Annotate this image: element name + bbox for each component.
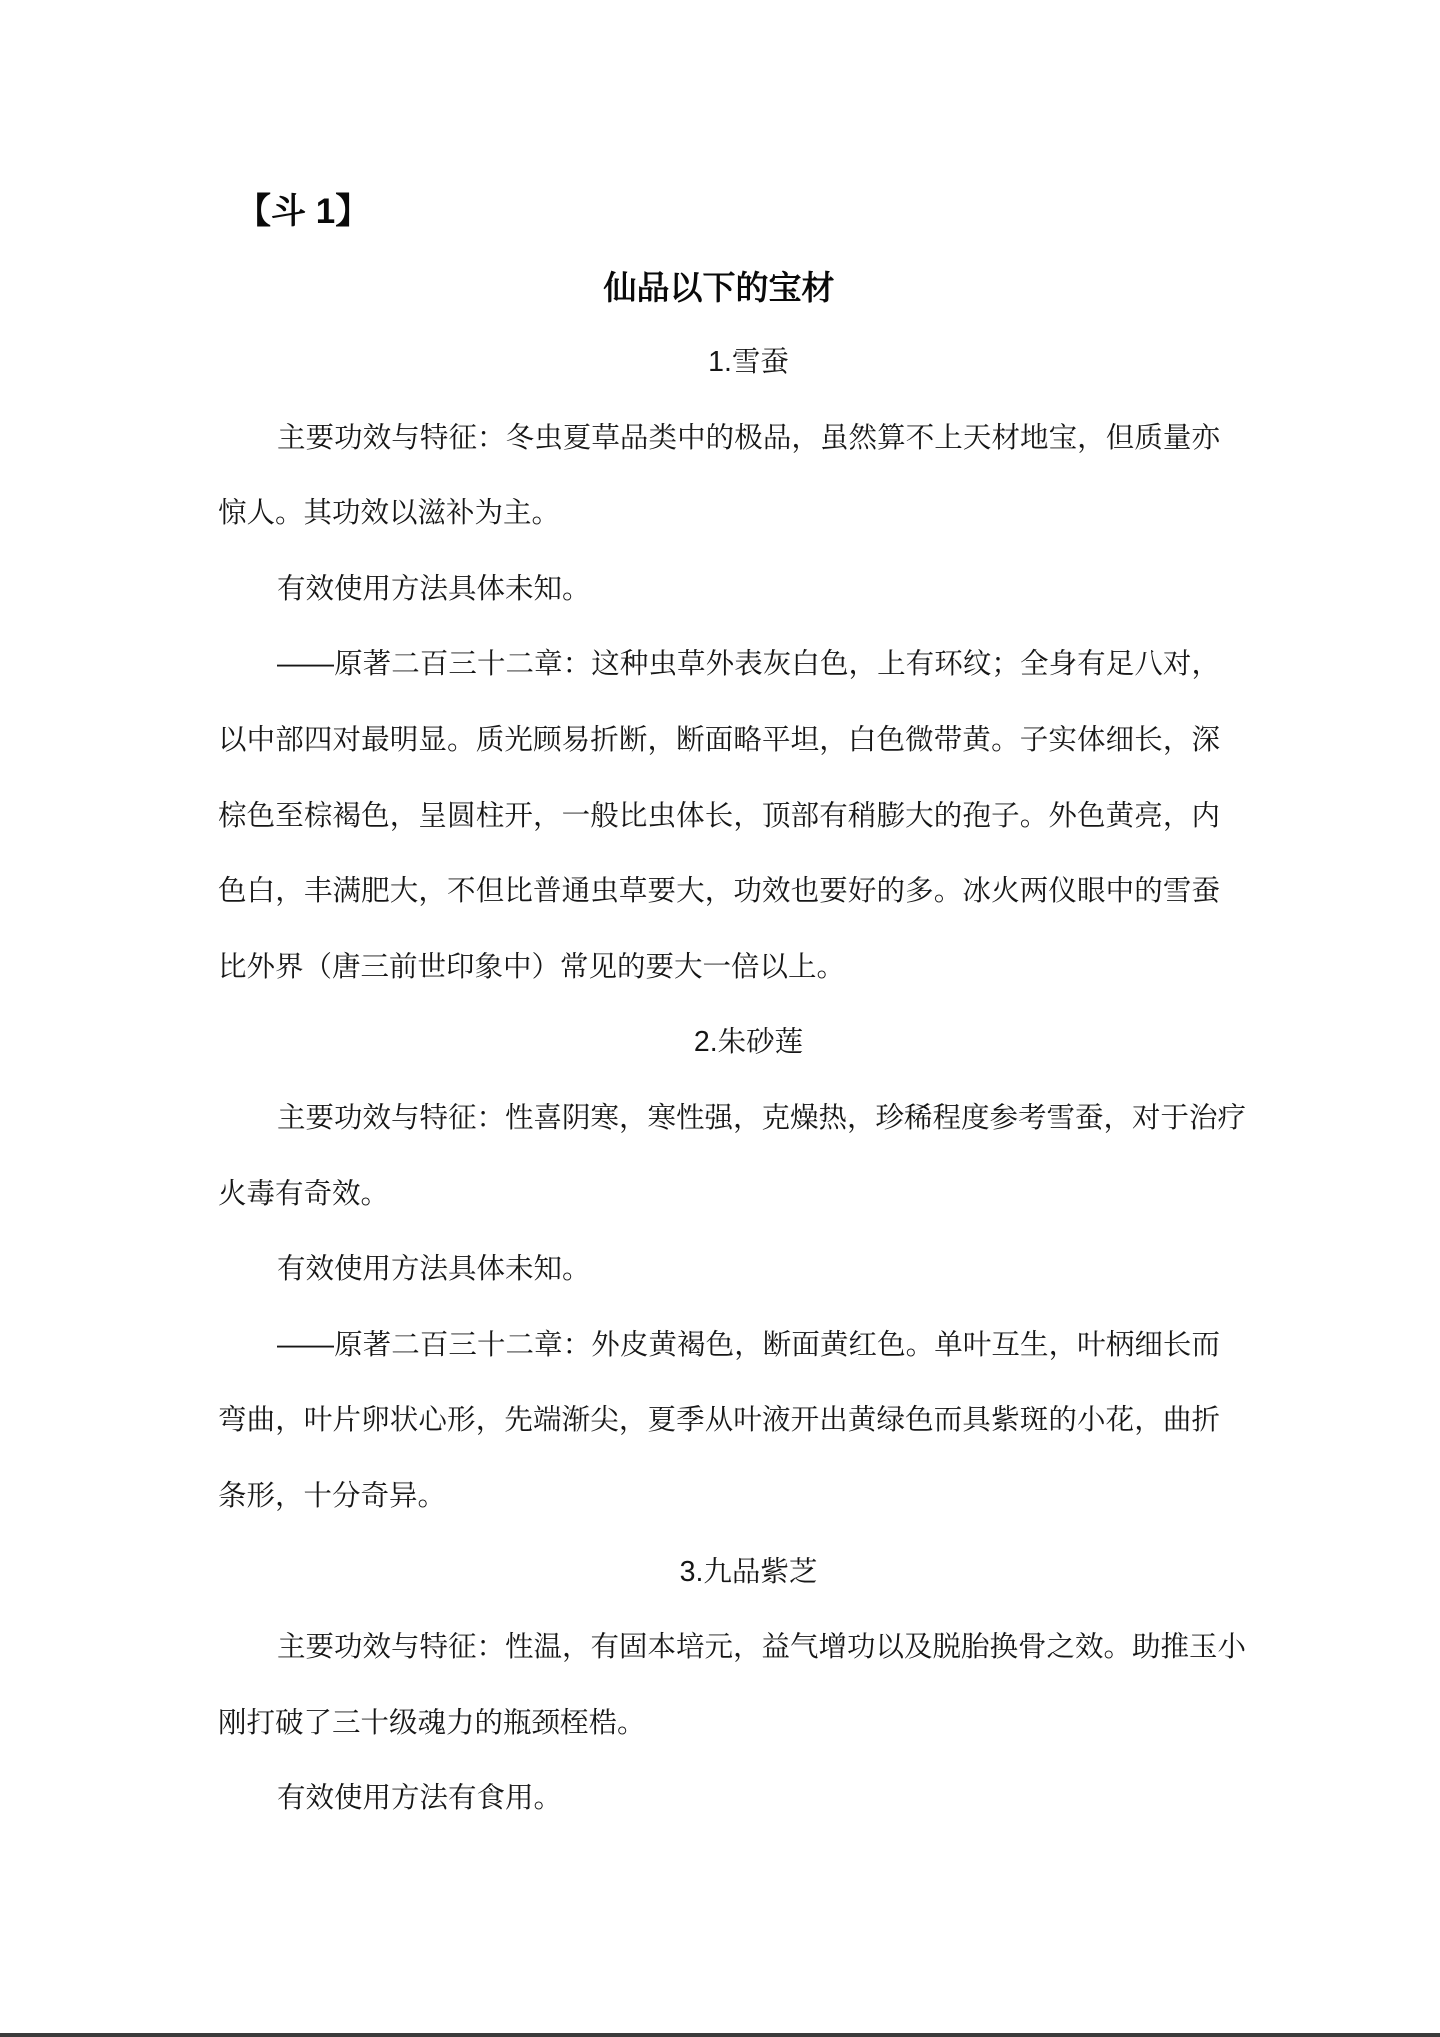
page-title: 仙品以下的宝材 xyxy=(218,262,1220,314)
paragraph-line: 惊人。其功效以滋补为主。 xyxy=(218,476,1220,552)
paragraph-line: ——原著二百三十二章：外皮黄褐色，断面黄红色。单叶互生，叶柄细长而 xyxy=(218,1308,1220,1384)
paragraph-usage: 有效使用方法具体未知。 xyxy=(218,1232,1220,1308)
document-page: 【斗 1】 仙品以下的宝材 1.雪蚕 主要功效与特征：冬虫夏草品类中的极品，虽然… xyxy=(0,0,1440,2033)
paragraph-line: 有效使用方法具体未知。 xyxy=(218,552,1220,628)
paragraph-line: 主要功效与特征：性温，有固本培元，益气增功以及脱胎换骨之效。助推玉小 xyxy=(218,1610,1220,1686)
section-heading: 1.雪蚕 xyxy=(218,325,1220,401)
paragraph-source-quote: ——原著二百三十二章：外皮黄褐色，断面黄红色。单叶互生，叶柄细长而 弯曲，叶片卵… xyxy=(218,1308,1220,1535)
paragraph-line: ——原著二百三十二章：这种虫草外表灰白色，上有环纹；全身有足八对， xyxy=(218,627,1220,703)
section-heading: 3.九品紫芝 xyxy=(218,1535,1220,1611)
paragraph-line: 棕色至棕褐色，呈圆柱开，一般比虫体长，顶部有稍膨大的孢子。外色黄亮，内 xyxy=(218,779,1220,855)
section-zhushalian: 2.朱砂莲 主要功效与特征：性喜阴寒，寒性强，克燥热，珍稀程度参考雪蚕，对于治疗… xyxy=(218,1005,1220,1534)
page-bottom-edge xyxy=(0,2033,1440,2037)
paragraph-line: 弯曲，叶片卵状心形，先端渐尖，夏季从叶液开出黄绿色而具紫斑的小花，曲折 xyxy=(218,1383,1220,1459)
paragraph-line: 以中部四对最明显。质光顾易折断，断面略平坦，白色微带黄。子实体细长，深 xyxy=(218,703,1220,779)
paragraph-effect: 主要功效与特征：性温，有固本培元，益气增功以及脱胎换骨之效。助推玉小 刚打破了三… xyxy=(218,1610,1220,1761)
chapter-tag: 【斗 1】 xyxy=(236,186,370,238)
paragraph-effect: 主要功效与特征：冬虫夏草品类中的极品，虽然算不上天材地宝，但质量亦 惊人。其功效… xyxy=(218,401,1220,552)
paragraph-line: 主要功效与特征：性喜阴寒，寒性强，克燥热，珍稀程度参考雪蚕，对于治疗 xyxy=(218,1081,1220,1157)
document-body: 1.雪蚕 主要功效与特征：冬虫夏草品类中的极品，虽然算不上天材地宝，但质量亦 惊… xyxy=(218,325,1220,1837)
paragraph-line: 有效使用方法有食用。 xyxy=(218,1761,1220,1837)
paragraph-usage: 有效使用方法有食用。 xyxy=(218,1761,1220,1837)
section-heading: 2.朱砂莲 xyxy=(218,1005,1220,1081)
paragraph-line: 火毒有奇效。 xyxy=(218,1157,1220,1233)
section-jiupinzizhi: 3.九品紫芝 主要功效与特征：性温，有固本培元，益气增功以及脱胎换骨之效。助推玉… xyxy=(218,1535,1220,1837)
paragraph-line: 色白，丰满肥大，不但比普通虫草要大，功效也要好的多。冰火两仪眼中的雪蚕 xyxy=(218,854,1220,930)
paragraph-line: 刚打破了三十级魂力的瓶颈桎梏。 xyxy=(218,1686,1220,1762)
paragraph-line: 有效使用方法具体未知。 xyxy=(218,1232,1220,1308)
paragraph-line: 比外界（唐三前世印象中）常见的要大一倍以上。 xyxy=(218,930,1220,1006)
paragraph-line: 条形，十分奇异。 xyxy=(218,1459,1220,1535)
paragraph-source-quote: ——原著二百三十二章：这种虫草外表灰白色，上有环纹；全身有足八对， 以中部四对最… xyxy=(218,627,1220,1005)
paragraph-effect: 主要功效与特征：性喜阴寒，寒性强，克燥热，珍稀程度参考雪蚕，对于治疗 火毒有奇效… xyxy=(218,1081,1220,1232)
section-xuecan: 1.雪蚕 主要功效与特征：冬虫夏草品类中的极品，虽然算不上天材地宝，但质量亦 惊… xyxy=(218,325,1220,1005)
paragraph-line: 主要功效与特征：冬虫夏草品类中的极品，虽然算不上天材地宝，但质量亦 xyxy=(218,401,1220,477)
paragraph-usage: 有效使用方法具体未知。 xyxy=(218,552,1220,628)
